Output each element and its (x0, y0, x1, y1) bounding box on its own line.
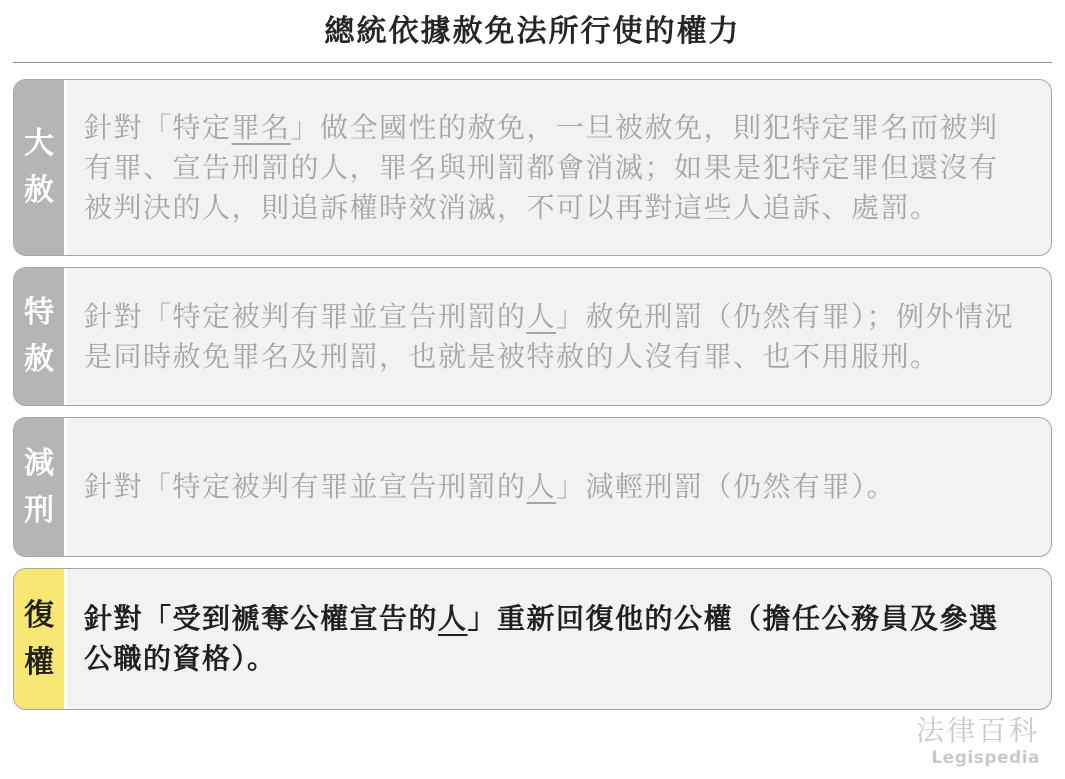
row-te-she: 特赦針對「特定被判有罪並宣告刑罰的人」赦免刑罰（仍然有罪）；例外情況是同時赦免罪… (13, 267, 1052, 406)
row-jian-xing: 減刑針對「特定被判有罪並宣告刑罰的人」減輕刑罰（仍然有罪）。 (13, 417, 1052, 557)
row-label-char: 大 (24, 129, 54, 159)
row-label-char: 復 (24, 601, 54, 631)
text-segment: 」重新回復他的公權（擔任公務員及參選 (468, 602, 999, 635)
text-segment: 針對「受到褫奪公權宣告的 (84, 602, 438, 635)
row-label-char: 特 (24, 298, 54, 328)
row-label-char: 減 (24, 449, 54, 479)
row-label-te-she: 特赦 (14, 268, 67, 405)
row-label-da-she: 大赦 (14, 80, 67, 255)
row-text-jian-xing: 針對「特定被判有罪並宣告刑罰的人」減輕刑罰（仍然有罪）。 (67, 418, 1051, 556)
underlined-term: 人 (438, 602, 468, 635)
row-label-char: 刑 (24, 496, 54, 526)
underlined-term: 罪名 (232, 111, 291, 144)
text-segment: 是同時赦免罪名及刑罰，也就是被特赦的人沒有罪、也不用服刑。 (84, 340, 940, 373)
rows-container: 大赦針對「特定罪名」做全國性的赦免，一旦被赦免，則犯特定罪名而被判有罪、宣告刑罰… (13, 79, 1052, 710)
brand-name-english: Legispedia (916, 747, 1040, 769)
text-segment: 被判決的人，則追訴權時效消滅，不可以再對這些人追訴、處罰。 (84, 191, 940, 224)
text-segment: 有罪、宣告刑罰的人，罪名與刑罰都會消滅；如果是犯特定罪但還沒有 (84, 151, 999, 184)
text-segment: 」赦免刑罰（仍然有罪）；例外情況 (556, 300, 1014, 333)
row-label-fu-quan: 復權 (14, 569, 67, 709)
page-title: 總統依據赦免法所行使的權力 (13, 14, 1052, 50)
brand-footer: 法律百科 Legispedia (916, 715, 1040, 769)
row-paragraph: 針對「特定被判有罪並宣告刑罰的人」減輕刑罰（仍然有罪）。 (84, 467, 1039, 507)
row-label-jian-xing: 減刑 (14, 418, 67, 556)
row-label-char: 權 (24, 648, 54, 678)
underlined-term: 人 (527, 470, 557, 503)
row-fu-quan: 復權針對「受到褫奪公權宣告的人」重新回復他的公權（擔任公務員及參選公職的資格）。 (13, 568, 1052, 710)
text-segment: 」做全國性的赦免，一旦被赦免，則犯特定罪名而被判 (291, 111, 999, 144)
row-text-te-she: 針對「特定被判有罪並宣告刑罰的人」赦免刑罰（仍然有罪）；例外情況是同時赦免罪名及… (67, 268, 1051, 405)
row-label-char: 赦 (24, 176, 54, 206)
brand-name-chinese: 法律百科 (916, 715, 1040, 747)
row-text-da-she: 針對「特定罪名」做全國性的赦免，一旦被赦免，則犯特定罪名而被判有罪、宣告刑罰的人… (67, 80, 1051, 255)
text-segment: 針對「特定被判有罪並宣告刑罰的 (84, 300, 527, 333)
row-paragraph: 針對「特定被判有罪並宣告刑罰的人」赦免刑罰（仍然有罪）；例外情況是同時赦免罪名及… (84, 297, 1039, 377)
row-paragraph: 針對「受到褫奪公權宣告的人」重新回復他的公權（擔任公務員及參選公職的資格）。 (84, 599, 1039, 679)
row-text-fu-quan: 針對「受到褫奪公權宣告的人」重新回復他的公權（擔任公務員及參選公職的資格）。 (67, 569, 1051, 709)
text-segment: 針對「特定 (84, 111, 232, 144)
row-label-char: 赦 (24, 345, 54, 375)
amnesty-infographic: 總統依據赦免法所行使的權力 大赦針對「特定罪名」做全國性的赦免，一旦被赦免，則犯… (0, 0, 1065, 779)
row-paragraph: 針對「特定罪名」做全國性的赦免，一旦被赦免，則犯特定罪名而被判有罪、宣告刑罰的人… (84, 108, 1039, 228)
underlined-term: 人 (527, 300, 557, 333)
text-segment: 針對「特定被判有罪並宣告刑罰的 (84, 470, 527, 503)
row-da-she: 大赦針對「特定罪名」做全國性的赦免，一旦被赦免，則犯特定罪名而被判有罪、宣告刑罰… (13, 79, 1052, 256)
text-segment: 」減輕刑罰（仍然有罪）。 (556, 470, 896, 503)
text-segment: 公職的資格）。 (84, 642, 277, 675)
title-divider (13, 62, 1052, 63)
